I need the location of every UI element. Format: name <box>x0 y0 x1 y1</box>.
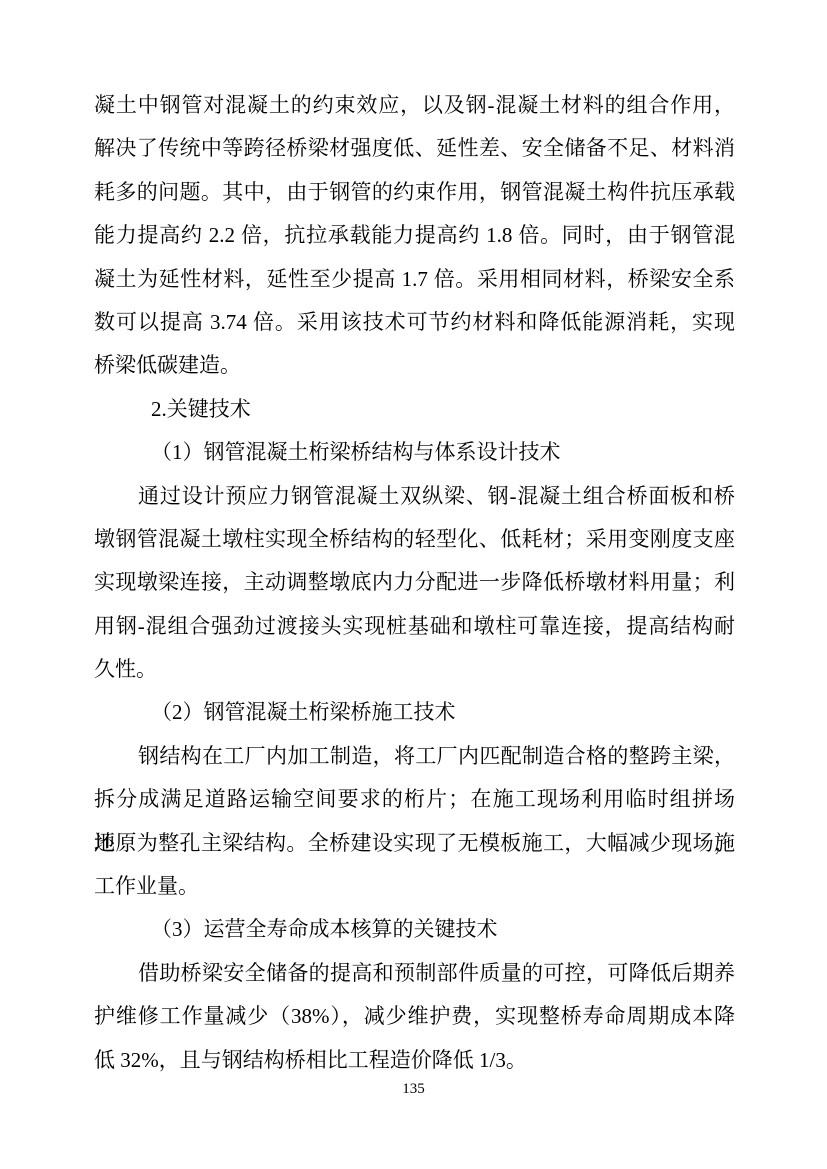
text-line: 耗多的问题。其中，由于钢管的约束作用，钢管混凝土构件抗压承载 <box>94 171 735 214</box>
text-line: 用钢-混组合强劲过渡接头实现桩基础和墩柱可靠连接，提高结构耐 <box>94 605 735 648</box>
text-line: 凝土中钢管对混凝土的约束效应，以及钢-混凝土材料的组合作用， <box>94 84 735 127</box>
text-line: 拆分成满足道路运输空间要求的桁片；在施工现场利用临时组拼场地， <box>94 778 735 821</box>
text-line: 低 32%，且与钢结构桥相比工程造价降低 1/3。 <box>94 1039 735 1082</box>
text-line: 通过设计预应力钢管混凝土双纵梁、钢-混凝土组合桥面板和桥 <box>94 475 735 518</box>
text-line: 借助桥梁安全储备的提高和预制部件质量的可控，可降低后期养 <box>94 952 735 995</box>
text-line: 解决了传统中等跨径桥梁材强度低、延性差、安全储备不足、材料消 <box>94 127 735 170</box>
text-line: 工作业量。 <box>94 865 735 908</box>
heading-line: （2）钢管混凝土桁梁桥施工技术 <box>94 691 735 734</box>
text-line: 能力提高约 2.2 倍，抗拉承载能力提高约 1.8 倍。同时，由于钢管混 <box>94 214 735 257</box>
heading-line: 2.关键技术 <box>94 388 735 431</box>
text-line: 护维修工作量减少（38%），减少维护费，实现整桥寿命周期成本降 <box>94 995 735 1038</box>
page-content: 凝土中钢管对混凝土的约束效应，以及钢-混凝土材料的组合作用，解决了传统中等跨径桥… <box>94 84 735 1082</box>
text-line: 还原为整孔主梁结构。全桥建设实现了无模板施工，大幅减少现场施 <box>94 822 735 865</box>
text-line: 桥梁低碳建造。 <box>94 344 735 387</box>
text-line: 墩钢管混凝土墩柱实现全桥结构的轻型化、低耗材；采用变刚度支座 <box>94 518 735 561</box>
text-line: 数可以提高 3.74 倍。采用该技术可节约材料和降低能源消耗，实现 <box>94 301 735 344</box>
heading-line: （3）运营全寿命成本核算的关键技术 <box>94 908 735 951</box>
text-line: 久性。 <box>94 648 735 691</box>
heading-line: （1）钢管混凝土桁梁桥结构与体系设计技术 <box>94 431 735 474</box>
text-line: 钢结构在工厂内加工制造，将工厂内匹配制造合格的整跨主梁， <box>94 735 735 778</box>
text-line: 凝土为延性材料，延性至少提高 1.7 倍。采用相同材料，桥梁安全系 <box>94 258 735 301</box>
page-number: 135 <box>0 1078 827 1100</box>
text-line: 实现墩梁连接，主动调整墩底内力分配进一步降低桥墩材料用量；利 <box>94 561 735 604</box>
document-page: 凝土中钢管对混凝土的约束效应，以及钢-混凝土材料的组合作用，解决了传统中等跨径桥… <box>0 0 827 1169</box>
